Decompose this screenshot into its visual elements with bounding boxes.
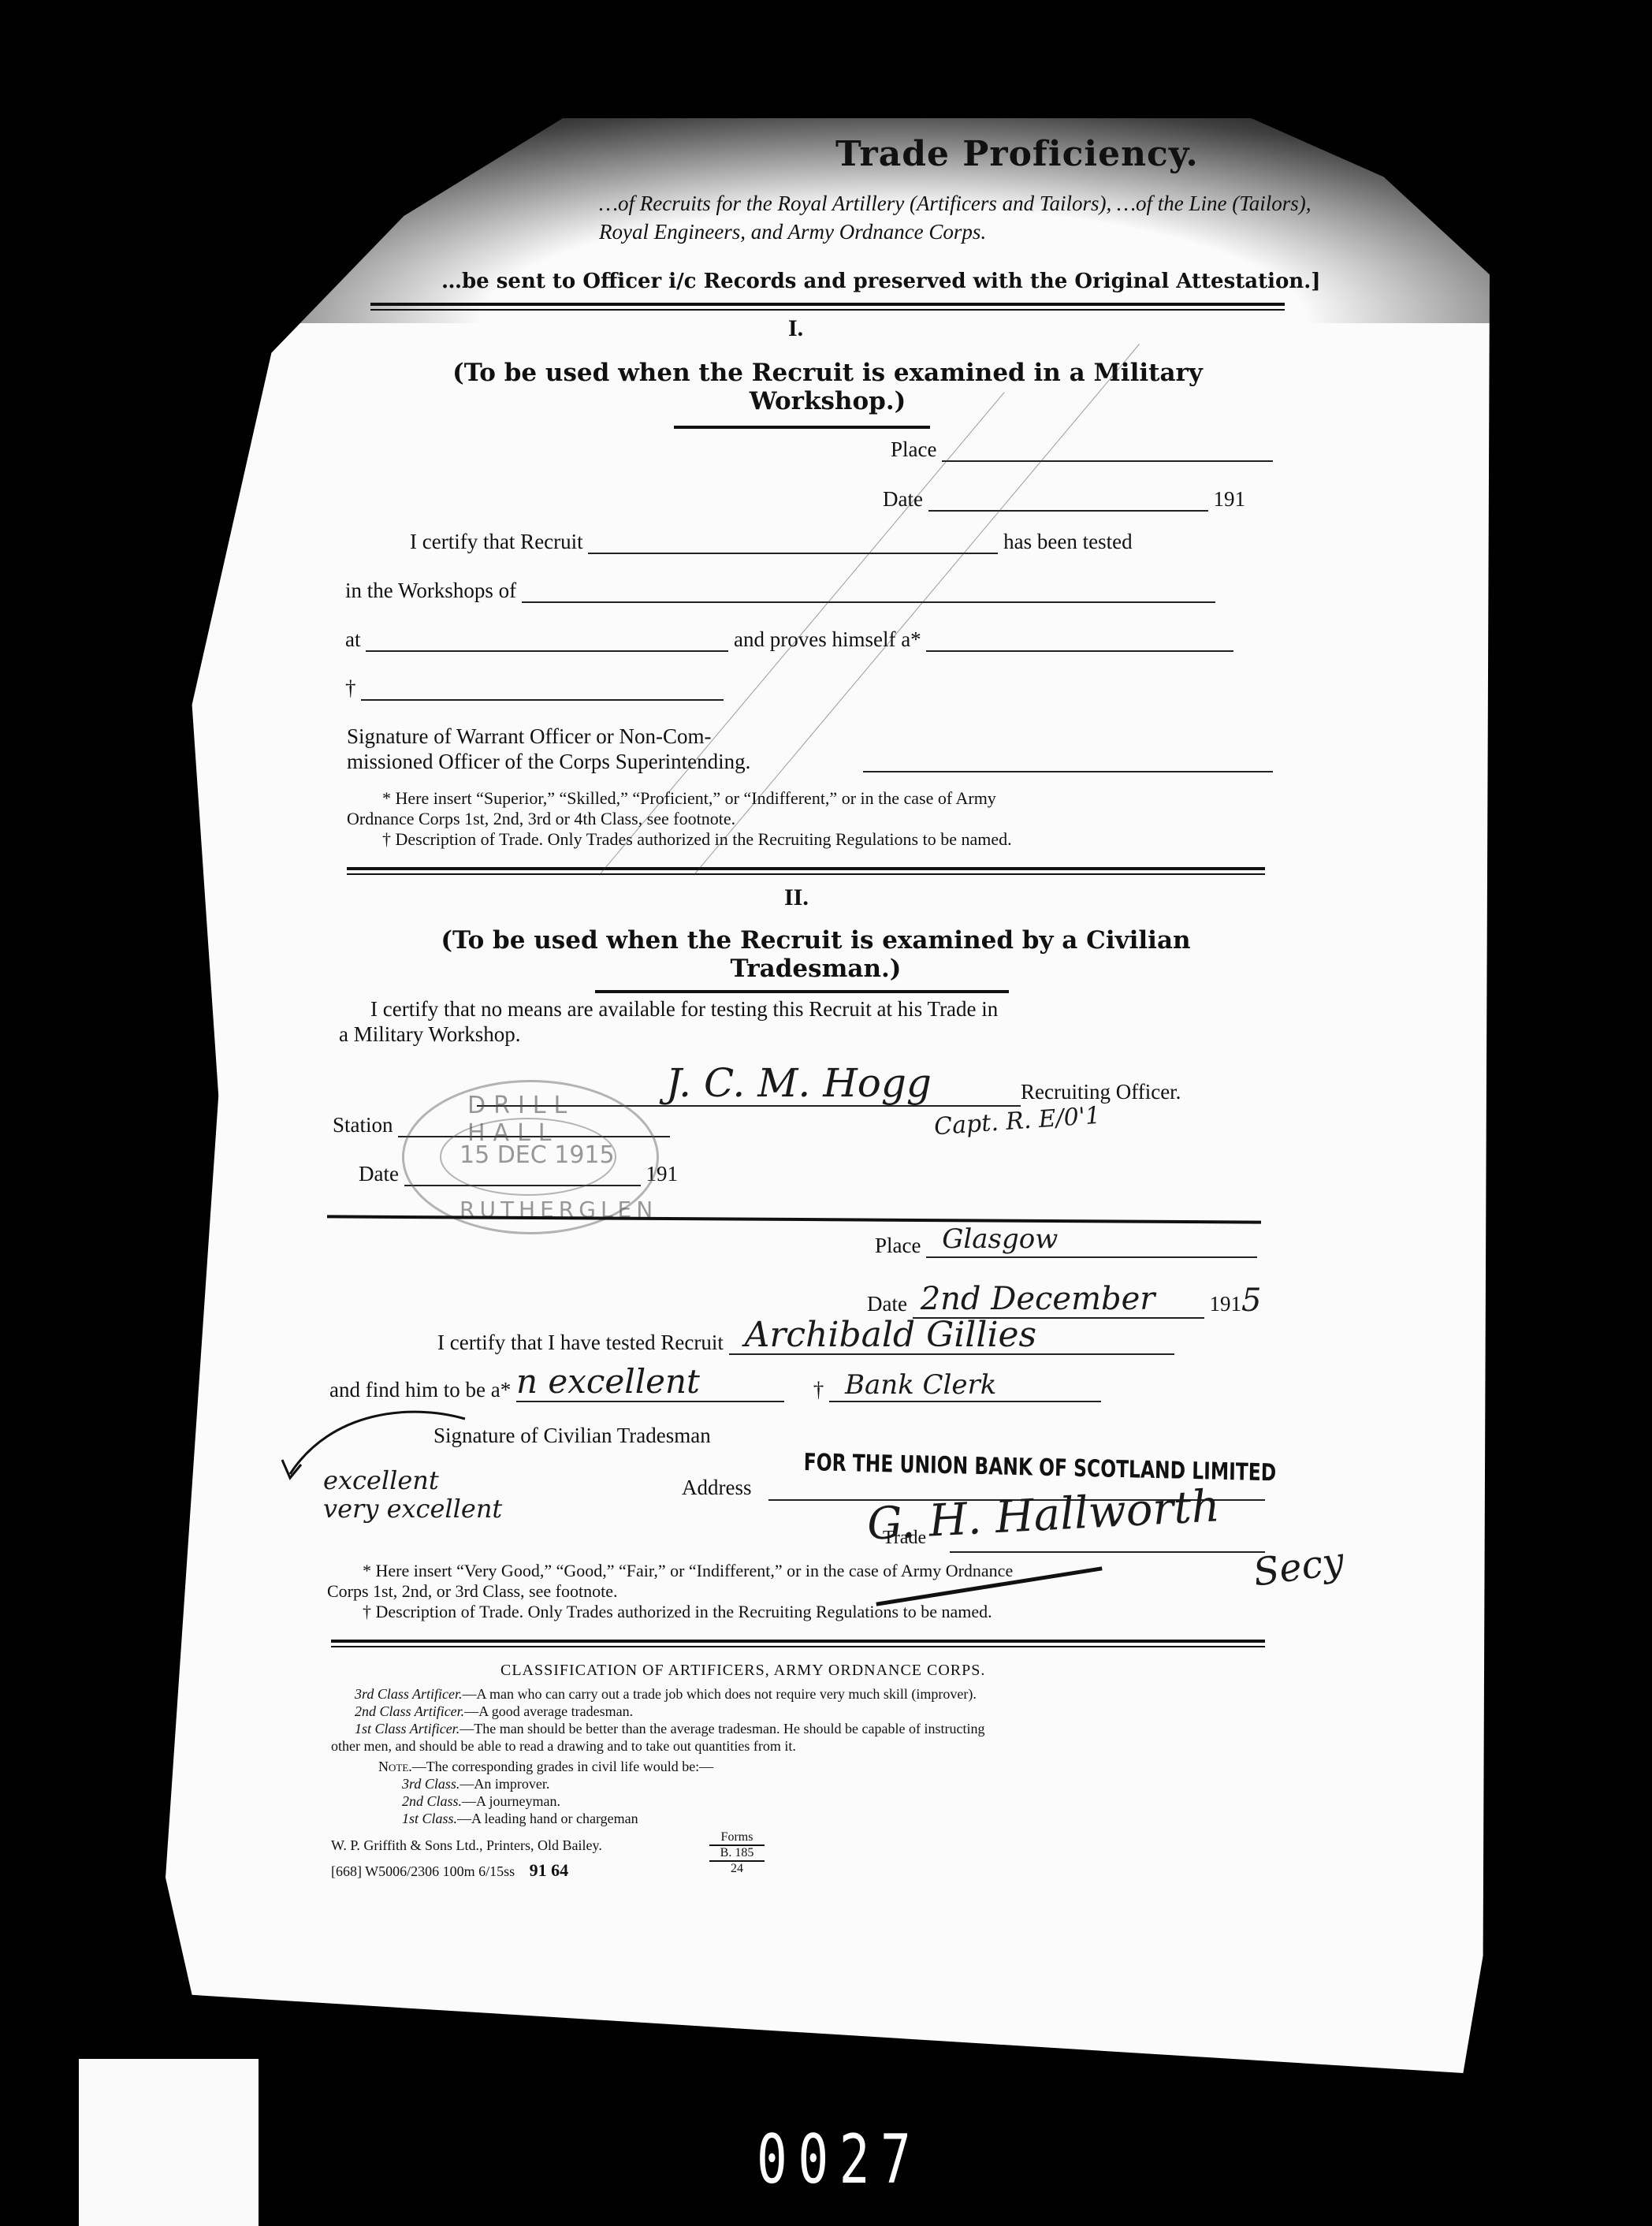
s2-certify-text: I certify that no means are available fo… bbox=[339, 996, 998, 1047]
drill-hall-stamp: DRILL HALL 15 DEC 1915 RUTHERGLEN bbox=[402, 1080, 659, 1234]
s2-footnotes: * Here insert “Very Good,” “Good,” “Fair… bbox=[327, 1561, 1285, 1622]
classification-text: —A good average tradesman. bbox=[464, 1703, 633, 1719]
s2-grade-field[interactable]: n excellent bbox=[516, 1401, 784, 1402]
s2-trade-label: Trade bbox=[883, 1528, 926, 1549]
s1-footnote-star-1: * Here insert “Superior,” “Skilled,” “Pr… bbox=[347, 788, 1285, 809]
s2-certify-line1: I certify that no means are available fo… bbox=[339, 996, 998, 1022]
section-two-heading-rule bbox=[595, 990, 1009, 993]
s2-place-value: Glasgow bbox=[942, 1223, 1058, 1255]
section-one-heading-line2: Workshop.) bbox=[378, 387, 1277, 415]
s1-tested-label: has been tested bbox=[1003, 530, 1132, 553]
s2-date-label: Date bbox=[359, 1162, 399, 1186]
section-one-number: I. bbox=[788, 315, 803, 342]
s1-signature-label-line2: missioned Officer of the Corps Superinte… bbox=[347, 749, 750, 774]
s2-station-label: Station bbox=[333, 1113, 393, 1137]
classification-item: 1st Class Artificer.—The man should be b… bbox=[331, 1720, 1277, 1737]
form-number-block: Forms B. 185 24 bbox=[709, 1830, 765, 1876]
s1-grade-field[interactable] bbox=[926, 650, 1233, 652]
s1-proves-label: and proves himself a* bbox=[734, 627, 921, 651]
s1-footnote-star-2: Ordnance Corps 1st, 2nd, 3rd or 4th Clas… bbox=[347, 809, 1285, 829]
s1-date-label: Date bbox=[883, 487, 923, 511]
s1-signature-label-line1: Signature of Warrant Officer or Non-Com- bbox=[347, 724, 750, 749]
civil-grade: 3rd Class. bbox=[402, 1776, 460, 1792]
section-two-heading-line2: Tradesman.) bbox=[363, 955, 1269, 983]
film-leader-tab bbox=[79, 2059, 259, 2226]
stamp-top-text: DRILL HALL bbox=[467, 1092, 657, 1147]
classification-text: —A man who can carry out a trade job whi… bbox=[463, 1686, 977, 1702]
section-one-heading-line1: (To be used when the Recruit is examined… bbox=[378, 359, 1277, 387]
s1-date-field[interactable] bbox=[928, 510, 1208, 512]
s2-place-row: Place Glasgow bbox=[875, 1234, 1257, 1258]
civil-grade: 2nd Class. bbox=[402, 1793, 462, 1809]
s2-grade-value: n excellent bbox=[516, 1362, 700, 1401]
s2-certify-line2: a Military Workshop. bbox=[339, 1022, 998, 1047]
s1-date-row: Date 191 bbox=[883, 487, 1245, 512]
s1-workshops-row: in the Workshops of bbox=[345, 579, 1215, 603]
s2-grade-row: and find him to be a* n excellent † Bank… bbox=[329, 1378, 1101, 1402]
note-label: Note. bbox=[378, 1759, 412, 1774]
classification-item: 3rd Class Artificer.—A man who can carry… bbox=[331, 1685, 1277, 1703]
s1-trade-field[interactable] bbox=[361, 699, 724, 701]
document-title: Trade Proficiency. bbox=[835, 134, 1199, 174]
s2-recruit-name: Archibald Gillies bbox=[745, 1315, 1037, 1355]
s2-trade-field[interactable]: Bank Clerk bbox=[829, 1401, 1101, 1402]
header-divider bbox=[370, 303, 1285, 311]
civil-grade: 1st Class. bbox=[402, 1811, 457, 1826]
s1-place-field[interactable] bbox=[942, 460, 1273, 462]
civil-grade-text: —A journeyman. bbox=[462, 1793, 560, 1809]
s1-workshops-field[interactable] bbox=[522, 601, 1215, 603]
section-one-heading: (To be used when the Recruit is examined… bbox=[378, 359, 1277, 415]
civil-grade-text: —A leading hand or chargeman bbox=[457, 1811, 638, 1826]
imprint-codes: [668] W5006/2306 100m 6/15ss 91 64 bbox=[331, 1862, 568, 1880]
s2-date2-label: Date bbox=[867, 1292, 907, 1316]
printer-imprint: W. P. Griffith & Sons Ltd., Printers, Ol… bbox=[331, 1837, 602, 1854]
s1-recruit-field[interactable] bbox=[588, 553, 998, 554]
s1-signature-field[interactable] bbox=[863, 749, 1273, 772]
s1-certify-label: I certify that Recruit bbox=[410, 530, 583, 553]
recruiting-officer-signature: J. C. M. Hogg bbox=[666, 1060, 932, 1106]
classification-note: Note.—The corresponding grades in civil … bbox=[331, 1758, 1277, 1775]
s2-date2-value: 2nd December bbox=[921, 1281, 1155, 1317]
imprint-code-bold: 91 64 bbox=[530, 1860, 569, 1880]
s1-at-field[interactable] bbox=[366, 650, 728, 652]
s2-recruit-field[interactable]: Archibald Gillies bbox=[729, 1353, 1174, 1355]
form-number: B. 185 bbox=[709, 1846, 765, 1862]
attestation-note: …be sent to Officer i/c Records and pres… bbox=[441, 270, 1321, 293]
classification-grade: 1st Class Artificer. bbox=[355, 1721, 460, 1737]
margin-arrow-icon bbox=[268, 1403, 473, 1537]
civil-grade-item: 1st Class.—A leading hand or chargeman bbox=[331, 1810, 1277, 1827]
s2-find-label: and find him to be a* bbox=[329, 1378, 511, 1401]
s2-place-field[interactable]: Glasgow bbox=[926, 1256, 1257, 1258]
classification-item: 2nd Class Artificer.—A good average trad… bbox=[331, 1703, 1277, 1720]
s2-trade-value: Bank Clerk bbox=[845, 1369, 996, 1401]
note-text: —The corresponding grades in civil life … bbox=[412, 1759, 713, 1774]
classification-heading: CLASSIFICATION OF ARTIFICERS, ARMY ORDNA… bbox=[500, 1662, 985, 1679]
s2-recruit-row: I certify that I have tested Recruit Arc… bbox=[437, 1331, 1174, 1355]
forms-label: Forms bbox=[709, 1830, 765, 1846]
s2-civilian-signature-label: Signature of Civilian Tradesman bbox=[433, 1424, 711, 1448]
s2-trade-bottom-field[interactable] bbox=[950, 1537, 1265, 1553]
section-two-number: II. bbox=[784, 884, 809, 911]
s2-date2-year-suffix: 5 bbox=[1241, 1282, 1261, 1319]
civil-grade-item: 2nd Class.—A journeyman. bbox=[331, 1792, 1277, 1810]
s2-dagger: † bbox=[813, 1378, 824, 1401]
frame-counter: 0027 bbox=[757, 2120, 921, 2199]
s2-footnote-star-1: * Here insert “Very Good,” “Good,” “Fair… bbox=[327, 1561, 1285, 1581]
section-two-heading-line1: (To be used when the Recruit is examined… bbox=[363, 926, 1269, 955]
s2-footnote-dagger: † Description of Trade. Only Trades auth… bbox=[327, 1602, 1285, 1622]
section-one-heading-rule bbox=[674, 426, 930, 429]
s1-place-label: Place bbox=[891, 437, 936, 461]
classification-grade: 3rd Class Artificer. bbox=[355, 1686, 463, 1702]
s1-workshops-label: in the Workshops of bbox=[345, 579, 516, 602]
section-two-divider bbox=[331, 1640, 1265, 1647]
section-two-heading: (To be used when the Recruit is examined… bbox=[363, 926, 1269, 983]
civil-grade-text: —An improver. bbox=[460, 1776, 549, 1792]
form-sub: 24 bbox=[709, 1862, 765, 1876]
classification-grade: 2nd Class Artificer. bbox=[355, 1703, 464, 1719]
s1-trade-row: † bbox=[345, 676, 724, 701]
s2-tested-label: I certify that I have tested Recruit bbox=[437, 1331, 724, 1354]
classification-continuation: other men, and should be able to read a … bbox=[331, 1737, 1277, 1755]
s2-address-label: Address bbox=[682, 1476, 752, 1500]
classification-text: —The man should be better than the avera… bbox=[460, 1721, 984, 1737]
civil-grade-item: 3rd Class.—An improver. bbox=[331, 1775, 1277, 1792]
s2-place-label: Place bbox=[875, 1234, 921, 1257]
s1-dagger: † bbox=[345, 676, 356, 700]
section-one-divider bbox=[347, 867, 1265, 875]
classification-list: 3rd Class Artificer.—A man who can carry… bbox=[331, 1685, 1277, 1827]
recruiting-officer-label: Recruiting Officer. bbox=[1021, 1080, 1181, 1104]
document-subtitle: …of Recruits for the Royal Artillery (Ar… bbox=[599, 189, 1332, 246]
s1-recruit-row: I certify that Recruit has been tested bbox=[410, 530, 1133, 554]
s1-footnote-dagger: † Description of Trade. Only Trades auth… bbox=[347, 829, 1285, 850]
s1-date-year-prefix: 191 bbox=[1213, 487, 1245, 511]
s2-date2-row: Date 2nd December 1915 bbox=[867, 1282, 1261, 1319]
s1-footnotes: * Here insert “Superior,” “Skilled,” “Pr… bbox=[347, 788, 1285, 850]
imprint-code-text: [668] W5006/2306 100m 6/15ss bbox=[331, 1863, 515, 1879]
s2-footnote-star-2: Corps 1st, 2nd, or 3rd Class, see footno… bbox=[327, 1581, 1285, 1602]
stamp-date-text: 15 DEC 1915 bbox=[460, 1141, 615, 1169]
s2-date2-year-prefix: 191 bbox=[1209, 1292, 1241, 1316]
s1-at-label: at bbox=[345, 627, 361, 651]
